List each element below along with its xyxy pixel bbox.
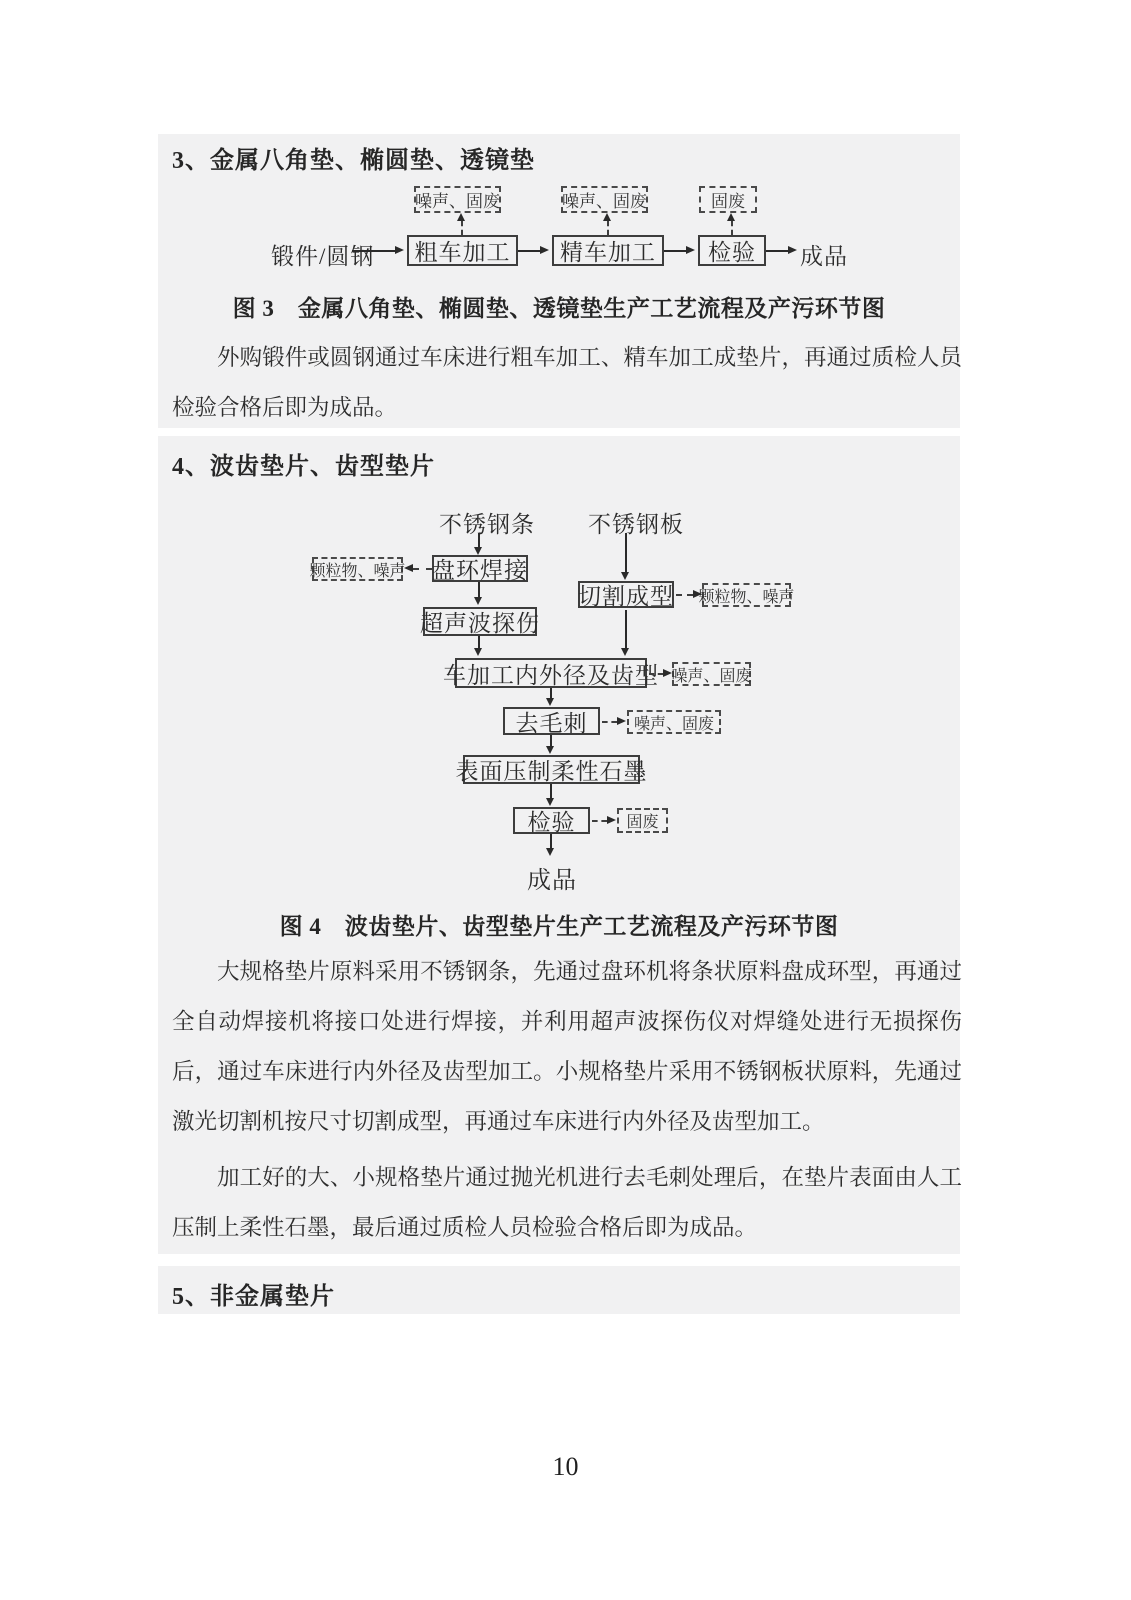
emission-arrow-right — [592, 820, 607, 822]
flow-arrow-right — [766, 250, 788, 252]
flow-arrow-down — [625, 610, 627, 648]
emission-arrow-up — [607, 221, 609, 235]
page-number: 10 — [0, 1452, 1131, 1482]
flow-arrow-down — [550, 688, 552, 698]
flow-arrow-down — [550, 735, 552, 746]
section-5-heading: 5、非金属垫片 — [172, 1276, 335, 1311]
process-box-inspection: 检验 — [513, 807, 590, 834]
process-box-graphite-pressing: 表面压制柔性石墨 — [463, 755, 640, 784]
product-label: 成品 — [800, 238, 848, 271]
process-box-deburring: 去毛刺 — [503, 707, 600, 735]
flow-arrow-right — [518, 250, 540, 252]
figure-4-caption: 图 4 波齿垫片、齿型垫片生产工艺流程及产污环节图 — [158, 908, 960, 941]
section-4-paragraph-1: 大规格垫片原料采用不锈钢条，先通过盘环机将条状原料盘成环型，再通过全自动焊接机将… — [172, 947, 962, 1147]
document-page: 3、金属八角垫、椭圆垫、透镜垫 噪声、固废 噪声、固废 固废 锻件/圆钢 粗车加… — [0, 0, 1131, 1600]
emission-arrow-right — [676, 594, 693, 596]
emission-box-particulate-noise: 颗粒物、噪声 — [702, 583, 791, 607]
flow-arrow-down — [550, 784, 552, 798]
flow-arrow-right — [352, 250, 395, 252]
flow-arrow-down — [478, 533, 480, 547]
process-box-rough-turning: 粗车加工 — [407, 235, 518, 266]
emission-box-solid-waste: 固废 — [699, 186, 757, 213]
section-4-heading: 4、波齿垫片、齿型垫片 — [172, 446, 435, 481]
emission-box-particulate-noise: 颗粒物、噪声 — [312, 557, 403, 581]
flow-arrow-down — [625, 533, 627, 572]
flow-arrow-down — [478, 636, 480, 648]
emission-arrow-up — [461, 221, 463, 235]
emission-arrow-right — [649, 673, 663, 675]
section-3-heading: 3、金属八角垫、椭圆垫、透镜垫 — [172, 140, 535, 175]
flow-arrow-right — [664, 250, 686, 252]
flow-arrow-down — [478, 582, 480, 597]
emission-box-noise-solid-waste: 噪声、固废 — [561, 186, 648, 213]
product-label: 成品 — [527, 860, 577, 895]
emission-arrow-left — [413, 568, 432, 570]
input-label-stainless-steel-strip: 不锈钢条 — [439, 506, 535, 539]
process-box-turning-inner-outer-teeth: 车加工内外径及齿型 — [455, 658, 647, 688]
process-box-laser-cutting: 切割成型 — [578, 581, 674, 608]
emission-arrow-up — [731, 221, 733, 235]
process-box-inspection: 检验 — [698, 235, 766, 266]
input-label-stainless-steel-plate: 不锈钢板 — [588, 506, 684, 539]
source-label-forging-round-steel: 锻件/圆钢 — [271, 238, 374, 271]
process-box-finish-turning: 精车加工 — [552, 235, 664, 266]
flow-arrow-down — [550, 834, 552, 848]
section-4-paragraph-2: 加工好的大、小规格垫片通过抛光机进行去毛刺处理后，在垫片表面由人工压制上柔性石墨… — [172, 1153, 962, 1253]
emission-box-noise-solid-waste: 噪声、固废 — [672, 662, 751, 686]
emission-box-solid-waste: 固废 — [617, 808, 668, 833]
process-box-ring-welding: 盘环焊接 — [432, 555, 528, 582]
figure-3-caption: 图 3 金属八角垫、椭圆垫、透镜垫生产工艺流程及产污环节图 — [158, 290, 960, 323]
emission-arrow-right — [602, 721, 617, 723]
process-box-ultrasonic-testing: 超声波探伤 — [423, 607, 537, 636]
section-3-paragraph: 外购锻件或圆钢通过车床进行粗车加工、精车加工成垫片，再通过质检人员检验合格后即为… — [172, 333, 962, 433]
emission-box-noise-solid-waste: 噪声、固废 — [627, 710, 721, 734]
emission-box-noise-solid-waste: 噪声、固废 — [414, 186, 501, 213]
